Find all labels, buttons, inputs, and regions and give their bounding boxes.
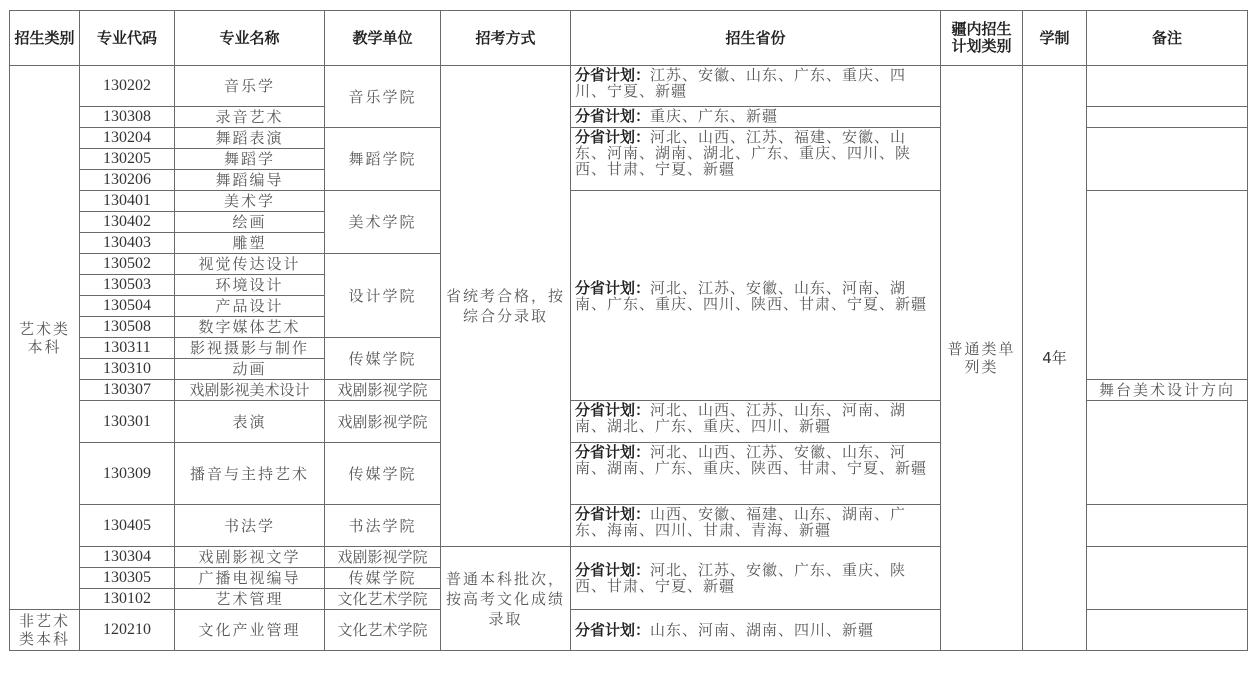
major-name: 舞蹈表演 [175,128,325,149]
teaching-unit: 传媒学院 [325,443,441,505]
remark-cell [1087,610,1248,651]
major-code: 130401 [80,191,175,212]
header-unit: 教学单位 [325,11,441,66]
header-category: 招生类别 [10,11,80,66]
remark-cell [1087,401,1248,505]
major-name: 环境设计 [175,275,325,296]
major-code: 130310 [80,359,175,380]
header-method: 招考方式 [441,11,571,66]
remark-cell [1087,107,1248,128]
province-list: 山东、河南、湖南、四川、新疆 [650,621,874,639]
major-name: 书法学 [175,505,325,547]
teaching-unit: 文化艺术学院 [325,610,441,651]
major-name: 播音与主持艺术 [175,443,325,505]
teaching-unit: 文化艺术学院 [325,589,441,610]
major-name: 戏剧影视美术设计 [175,380,325,401]
major-code: 130502 [80,254,175,275]
major-name: 舞蹈编导 [175,170,325,191]
remark-cell [1087,547,1248,610]
header-code: 专业代码 [80,11,175,66]
major-name: 影视摄影与制作 [175,338,325,359]
major-code: 130504 [80,296,175,317]
major-name: 数字媒体艺术 [175,317,325,338]
major-name: 舞蹈学 [175,149,325,170]
province-plan: 分省计划：河北、江苏、安徽、广东、重庆、陕西、甘肃、宁夏、新疆 [571,547,941,610]
admission-method: 省统考合格，按综合分录取 [441,66,571,547]
province-plan: 分省计划：重庆、广东、新疆 [571,107,941,128]
admissions-table: 招生类别 专业代码 专业名称 教学单位 招考方式 招生省份 疆内招生计划类别 学… [9,10,1248,651]
header-name: 专业名称 [175,11,325,66]
admission-method: 普通本科批次，按高考文化成绩录取 [441,547,571,651]
remark-cell: 舞台美术设计方向 [1087,380,1248,401]
major-code: 130305 [80,568,175,589]
major-name: 戏剧影视文学 [175,547,325,568]
major-code: 130301 [80,401,175,443]
header-xj-type: 疆内招生计划类别 [941,11,1023,66]
teaching-unit: 美术学院 [325,191,441,254]
major-name: 表演 [175,401,325,443]
duration: 4年 [1023,66,1087,651]
remark-cell [1087,191,1248,380]
major-name: 视觉传达设计 [175,254,325,275]
major-code: 130508 [80,317,175,338]
major-name: 艺术管理 [175,589,325,610]
major-code: 130205 [80,149,175,170]
major-name: 音乐学 [175,66,325,107]
major-name: 录音艺术 [175,107,325,128]
major-code: 130202 [80,66,175,107]
major-name: 文化产业管理 [175,610,325,651]
province-plan: 分省计划：河北、山西、江苏、山东、河南、湖南、湖北、广东、重庆、四川、新疆 [571,401,941,443]
major-name: 绘画 [175,212,325,233]
major-code: 130308 [80,107,175,128]
teaching-unit: 传媒学院 [325,568,441,589]
major-code: 120210 [80,610,175,651]
teaching-unit: 设计学院 [325,254,441,338]
province-plan: 分省计划：河北、山西、江苏、福建、安徽、山东、河南、湖南、湖北、广东、重庆、四川… [571,128,941,191]
header-row: 招生类别 专业代码 专业名称 教学单位 招考方式 招生省份 疆内招生计划类别 学… [10,11,1248,66]
major-name: 动画 [175,359,325,380]
major-code: 130503 [80,275,175,296]
province-plan: 分省计划：山东、河南、湖南、四川、新疆 [571,610,941,651]
plan-label: 分省计划： [575,107,650,125]
teaching-unit: 舞蹈学院 [325,128,441,191]
category-cell: 非艺术类本科 [10,610,80,651]
province-plan: 分省计划：山西、安徽、福建、山东、湖南、广东、海南、四川、甘肃、青海、新疆 [571,505,941,547]
teaching-unit: 戏剧影视学院 [325,547,441,568]
header-provinces: 招生省份 [571,11,941,66]
remark-cell [1087,505,1248,547]
major-code: 130304 [80,547,175,568]
province-plan: 分省计划：河北、山西、江苏、安徽、山东、河南、湖南、广东、重庆、陕西、甘肃、宁夏… [571,443,941,505]
category-cell: 艺术类本科 [10,66,80,610]
major-code: 130307 [80,380,175,401]
major-name: 雕塑 [175,233,325,254]
table-row: 艺术类本科 130202 音乐学 音乐学院 省统考合格，按综合分录取 分省计划：… [10,66,1248,107]
header-remarks: 备注 [1087,11,1248,66]
major-code: 130311 [80,338,175,359]
major-name: 广播电视编导 [175,568,325,589]
major-code: 130403 [80,233,175,254]
province-plan: 分省计划：河北、江苏、安徽、山东、河南、湖南、广东、重庆、四川、陕西、甘肃、宁夏… [571,191,941,401]
major-name: 产品设计 [175,296,325,317]
major-name: 美术学 [175,191,325,212]
remark-cell [1087,66,1248,107]
major-code: 130102 [80,589,175,610]
major-code: 130405 [80,505,175,547]
province-list: 重庆、广东、新疆 [650,107,778,125]
major-code: 130402 [80,212,175,233]
major-code: 130309 [80,443,175,505]
major-code: 130206 [80,170,175,191]
teaching-unit: 音乐学院 [325,66,441,128]
major-code: 130204 [80,128,175,149]
plan-label: 分省计划： [575,621,650,639]
remark-cell [1087,128,1248,191]
header-duration: 学制 [1023,11,1087,66]
teaching-unit: 戏剧影视学院 [325,380,441,401]
xj-plan-type: 普通类单列类 [941,66,1023,651]
teaching-unit: 传媒学院 [325,338,441,380]
province-plan: 分省计划：江苏、安徽、山东、广东、重庆、四川、宁夏、新疆 [571,66,941,107]
teaching-unit: 书法学院 [325,505,441,547]
teaching-unit: 戏剧影视学院 [325,401,441,443]
